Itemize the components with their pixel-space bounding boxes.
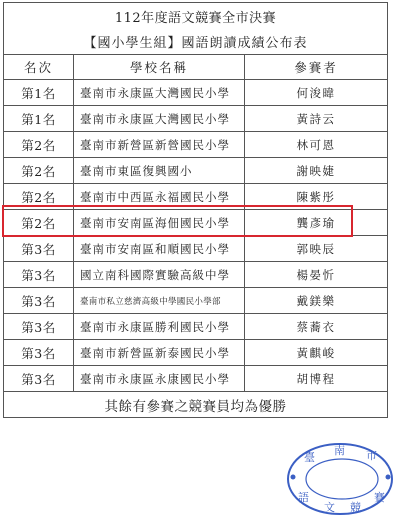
stamp-char: 市 bbox=[366, 449, 377, 462]
stamp-char: 南 bbox=[334, 444, 345, 457]
table-row: 第1名 臺南市永康區大灣國民小學 何浚暐 bbox=[4, 80, 388, 106]
table-row: 第3名 臺南市永康區勝利國民小學 蔡蕎衣 bbox=[4, 314, 388, 340]
table-row: 第2名 臺南市新營區新營國民小學 林可恩 bbox=[4, 132, 388, 158]
rank-cell: 第3名 bbox=[4, 366, 74, 392]
participant-cell: 楊晏忻 bbox=[245, 262, 388, 288]
column-header-rank: 名次 bbox=[4, 55, 74, 80]
plum-blossom-icon bbox=[386, 475, 391, 480]
participant-cell: 謝映婕 bbox=[245, 158, 388, 184]
table-row: 第3名 臺南市私立慈濟高級中學國民小學部 戴鎂樂 bbox=[4, 288, 388, 314]
rank-cell: 第2名 bbox=[4, 132, 74, 158]
table-row: 第2名 臺南市中西區永福國民小學 陳紫彤 bbox=[4, 184, 388, 210]
table-row: 第3名 臺南市安南區和順國民小學 郭映辰 bbox=[4, 236, 388, 262]
rank-cell: 第3名 bbox=[4, 288, 74, 314]
stamp-char: 競 bbox=[350, 500, 361, 514]
school-cell: 臺南市私立慈濟高級中學國民小學部 bbox=[74, 288, 245, 314]
school-cell: 臺南市東區復興國小 bbox=[74, 158, 245, 184]
participant-cell: 林可恩 bbox=[245, 132, 388, 158]
footer-note: 其餘有參賽之競賽員均為優勝 bbox=[4, 392, 388, 418]
participant-cell: 戴鎂樂 bbox=[245, 288, 388, 314]
rank-cell: 第1名 bbox=[4, 80, 74, 106]
school-cell: 臺南市永康區永康國民小學 bbox=[74, 366, 245, 392]
rank-cell: 第3名 bbox=[4, 262, 74, 288]
official-seal-stamp: 臺 南 市 語 文 競 賽 bbox=[286, 441, 394, 517]
participant-cell: 龔彥瑜 bbox=[245, 210, 388, 236]
rank-cell: 第3名 bbox=[4, 314, 74, 340]
participant-cell: 陳紫彤 bbox=[245, 184, 388, 210]
rank-cell: 第2名 bbox=[4, 184, 74, 210]
table-row: 第3名 臺南市永康區永康國民小學 胡博程 bbox=[4, 366, 388, 392]
participant-cell: 何浚暐 bbox=[245, 80, 388, 106]
results-table: 112年度語文競賽全市決賽 【國小學生組】國語朗讀成績公布表 名次 學校名稱 參… bbox=[3, 2, 388, 418]
stamp-char: 賽 bbox=[374, 490, 386, 504]
table-row-highlighted: 第2名 臺南市安南區海佃國民小學 龔彥瑜 bbox=[4, 210, 388, 236]
participant-cell: 黃詩云 bbox=[245, 106, 388, 132]
stamp-char: 文 bbox=[324, 501, 335, 514]
stamp-char: 語 bbox=[298, 491, 309, 504]
table-header: 名次 學校名稱 參賽者 bbox=[4, 55, 388, 80]
school-cell: 臺南市永康區大灣國民小學 bbox=[74, 106, 245, 132]
column-header-participant: 參賽者 bbox=[245, 55, 388, 80]
rank-cell: 第3名 bbox=[4, 236, 74, 262]
participant-cell: 郭映辰 bbox=[245, 236, 388, 262]
school-cell: 臺南市永康區大灣國民小學 bbox=[74, 80, 245, 106]
table-row: 第3名 國立南科國際實驗高級中學 楊晏忻 bbox=[4, 262, 388, 288]
rank-cell: 第2名 bbox=[4, 210, 74, 236]
table-row: 第1名 臺南市永康區大灣國民小學 黃詩云 bbox=[4, 106, 388, 132]
rank-cell: 第1名 bbox=[4, 106, 74, 132]
school-cell: 臺南市新營區新泰國民小學 bbox=[74, 340, 245, 366]
school-cell: 臺南市安南區海佃國民小學 bbox=[74, 210, 245, 236]
results-sheet: 112年度語文競賽全市決賽 【國小學生組】國語朗讀成績公布表 名次 學校名稱 參… bbox=[3, 2, 387, 418]
participant-cell: 胡博程 bbox=[245, 366, 388, 392]
school-cell: 臺南市新營區新營國民小學 bbox=[74, 132, 245, 158]
table-row: 第2名 臺南市東區復興國小 謝映婕 bbox=[4, 158, 388, 184]
document-subtitle: 【國小學生組】國語朗讀成績公布表 bbox=[4, 29, 388, 55]
table-row: 第3名 臺南市新營區新泰國民小學 黃麒峻 bbox=[4, 340, 388, 366]
rank-cell: 第2名 bbox=[4, 158, 74, 184]
school-cell: 國立南科國際實驗高級中學 bbox=[74, 262, 245, 288]
document-title: 112年度語文競賽全市決賽 bbox=[4, 3, 388, 30]
school-cell: 臺南市安南區和順國民小學 bbox=[74, 236, 245, 262]
school-cell: 臺南市中西區永福國民小學 bbox=[74, 184, 245, 210]
participant-cell: 黃麒峻 bbox=[245, 340, 388, 366]
rank-cell: 第3名 bbox=[4, 340, 74, 366]
plum-blossom-icon bbox=[291, 475, 296, 480]
school-cell: 臺南市永康區勝利國民小學 bbox=[74, 314, 245, 340]
stamp-char: 臺 bbox=[304, 450, 315, 464]
column-header-school: 學校名稱 bbox=[74, 55, 245, 80]
participant-cell: 蔡蕎衣 bbox=[245, 314, 388, 340]
